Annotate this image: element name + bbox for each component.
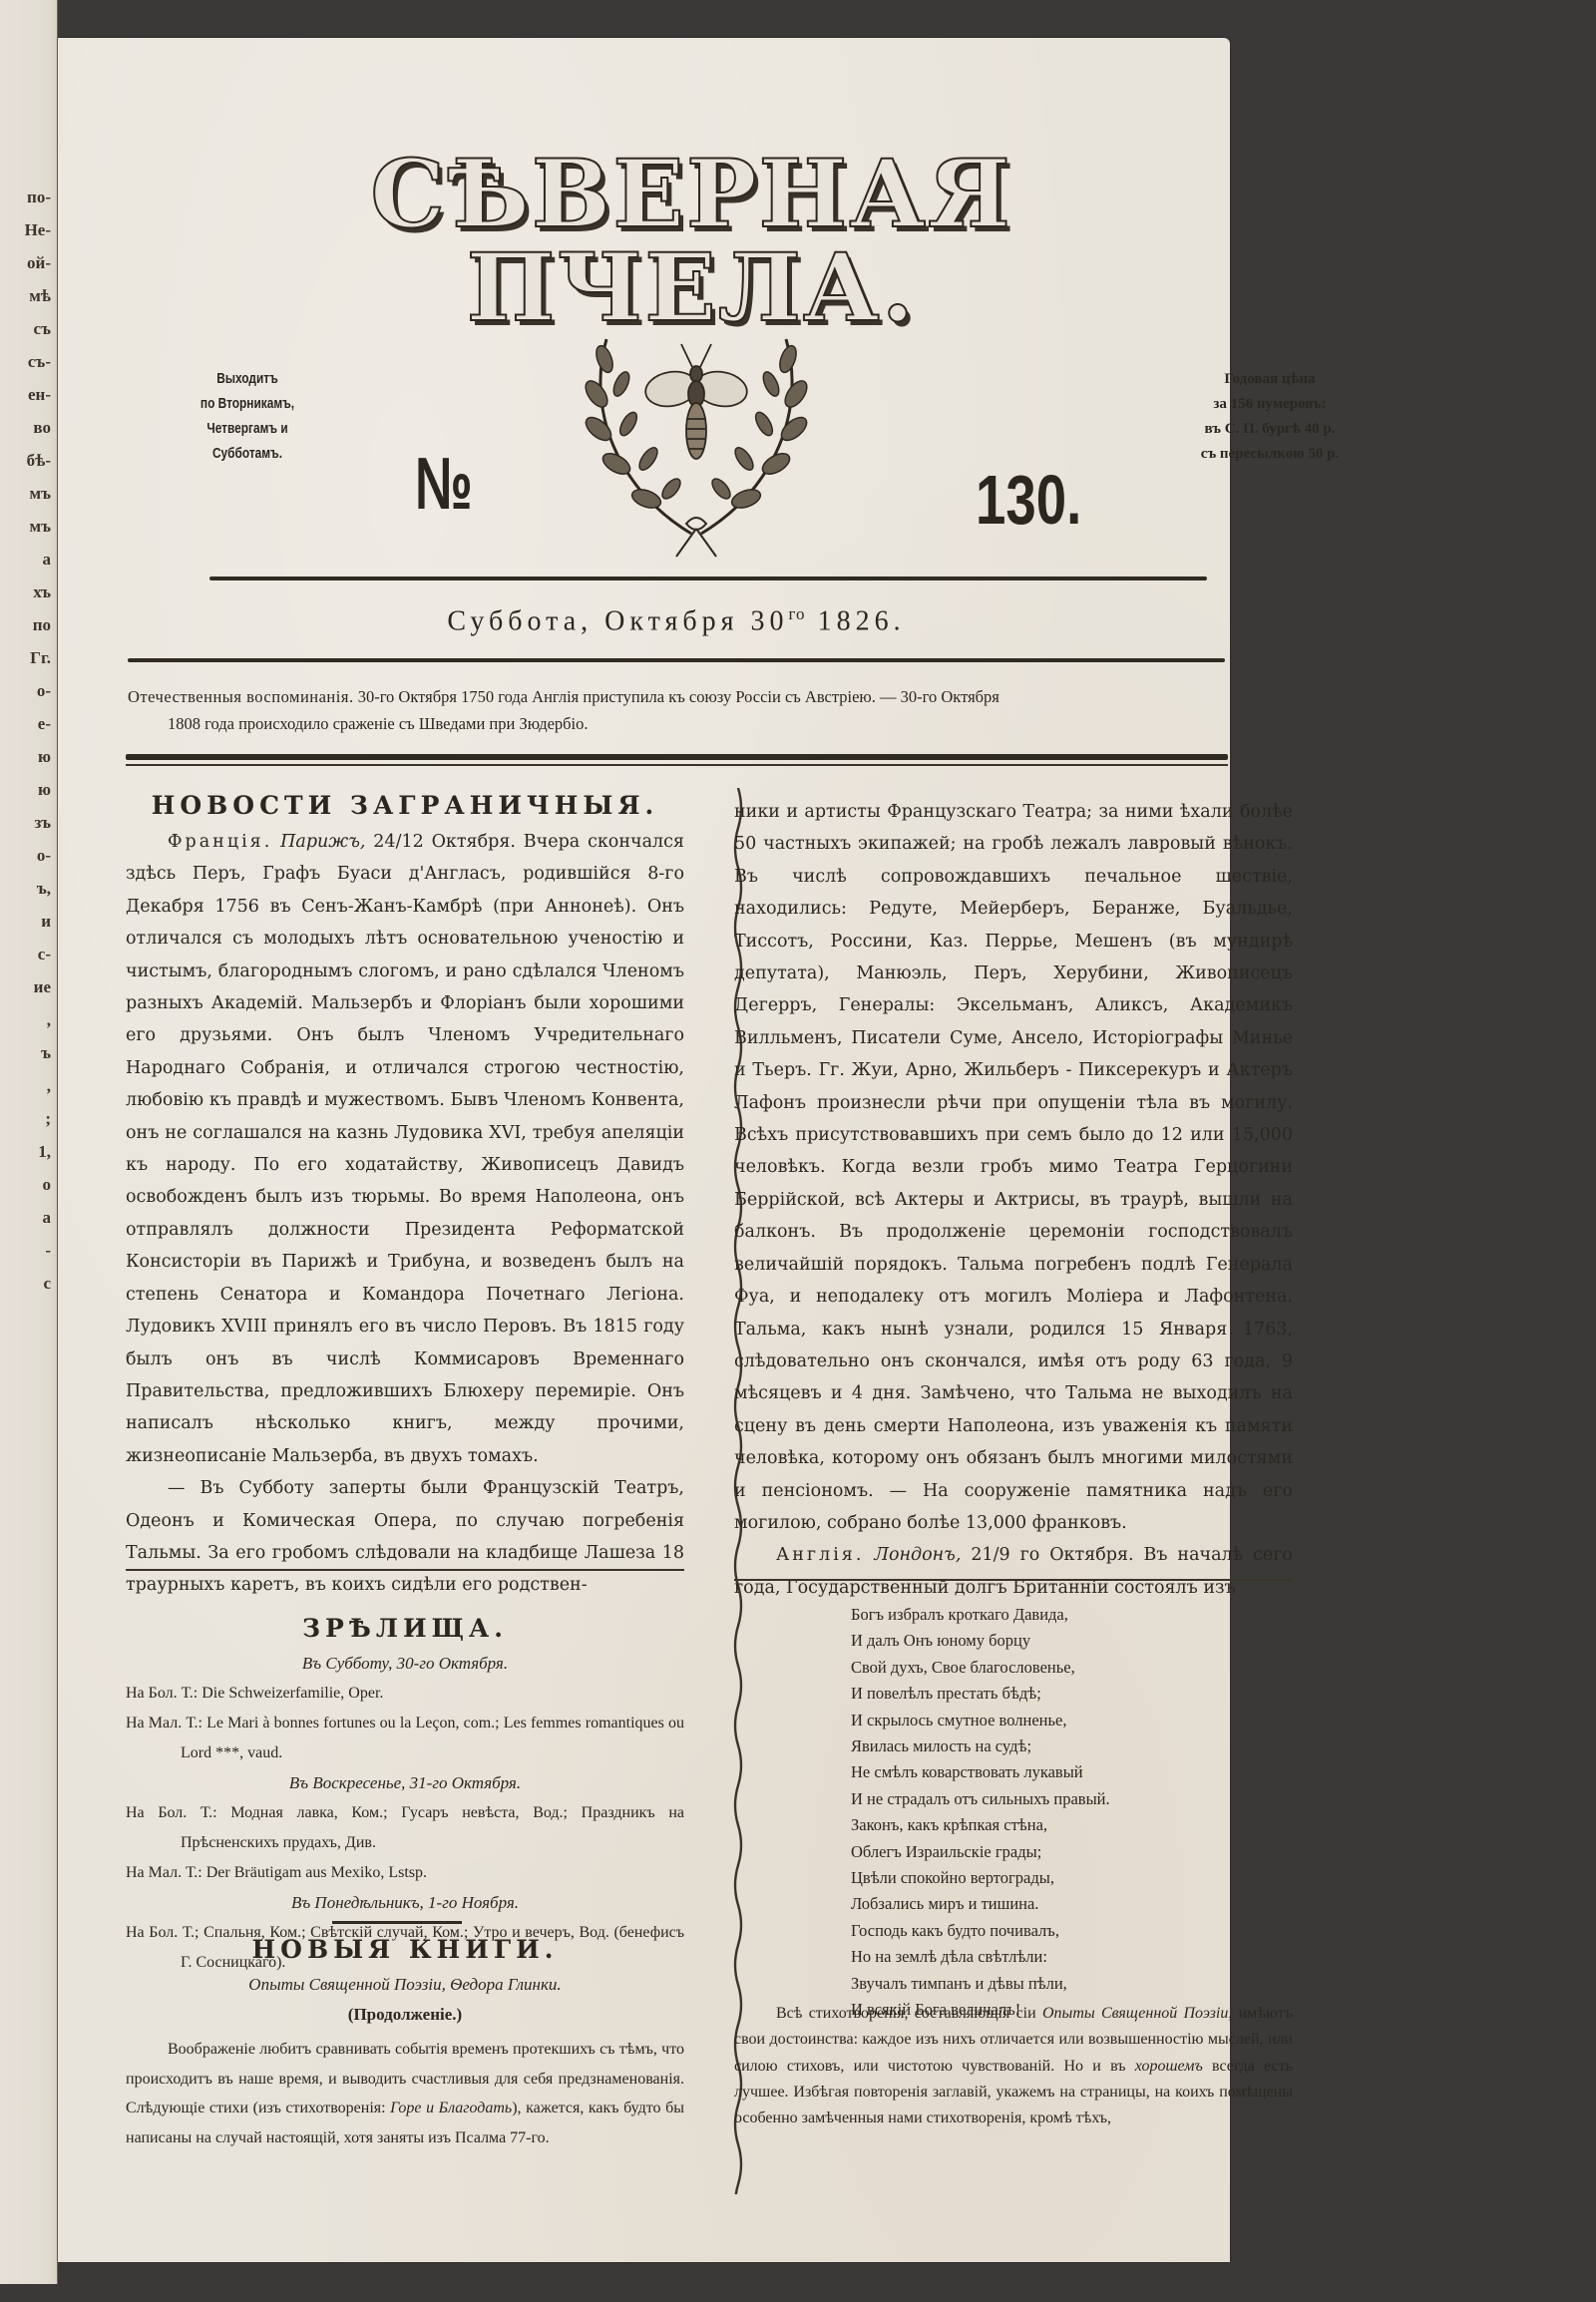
poem-line: Богъ избралъ кроткаго Давида,: [851, 1602, 1110, 1628]
previous-page-fragment: хъ: [33, 582, 51, 602]
poem-title: Горе и Благодать: [390, 2100, 512, 2116]
previous-page-fragment: Не-: [25, 220, 51, 240]
poem-line: Цвѣли спокойно вертограды,: [851, 1865, 1110, 1891]
previous-page-fragment: Гг.: [30, 648, 51, 668]
subscription-price: Годовая цѣна за 156 нумеровъ: въ С. П. б…: [1170, 367, 1370, 467]
previous-page-fragment: зъ: [35, 813, 51, 833]
dateline-rule: [128, 658, 1225, 662]
talma-article: — Въ Субботу заперты были Французскій Те…: [126, 1472, 684, 1602]
previous-page-fragment: по-: [27, 188, 51, 207]
poem-line: Но на землѣ дѣла свѣтлѣли:: [851, 1944, 1110, 1970]
poem-line: Свой духъ, Свое благословенье,: [851, 1655, 1110, 1681]
newspaper-page: СѢВЕРНАЯ ПЧЕЛА. Выходитъ по Вторникамъ, …: [58, 38, 1230, 2262]
previous-page-fragment: по: [33, 615, 51, 635]
dateline-year: 1826.: [818, 605, 906, 636]
theatre-day: Въ Воскресенье, 31-го Октября.: [126, 1768, 684, 1798]
venue: На Мал. Т.:: [126, 1715, 202, 1731]
review-text: Всѣ стихотворенія, составляющія сіи Опыт…: [734, 2001, 1293, 2131]
schedule-line: по Вторникамъ,: [191, 392, 305, 417]
previous-page-fragment: съ: [34, 319, 51, 339]
dateline-day: Суббота,: [447, 605, 593, 636]
dateline: Суббота, Октября 30го 1826.: [178, 604, 1175, 637]
left-column: НОВОСТИ ЗАГРАНИЧНЫЯ. Франція. Парижъ, 24…: [126, 786, 684, 1602]
schedule-line: Субботамъ.: [191, 442, 305, 467]
previous-page-edge: по-Не-ой-мѣсъсъ-ен-вобѣ-мъмъахъпоГг.о-е-…: [0, 0, 58, 2284]
article-text: Вчера скончался здѣсь Перъ, Графъ Буаси …: [126, 832, 684, 1466]
show: Модная лавка, Ком.; Гусаръ невѣста, Вод.…: [181, 1804, 684, 1851]
previous-page-fragment: ю: [38, 780, 51, 800]
show: Le Mari à bonnes fortunes ou la Leçon, c…: [181, 1715, 684, 1761]
issue-number-sign: №: [415, 447, 473, 521]
article-date: 24/12 Октября.: [373, 832, 516, 852]
poem-line: И не страдалъ отъ сильныхъ правый.: [851, 1786, 1110, 1812]
price-line: Годовая цѣна: [1170, 367, 1370, 392]
poem-line: Не смѣлъ коварствовать лукавый: [851, 1759, 1110, 1785]
dateline-day-number: 30: [751, 605, 789, 636]
book-title: Опыты Священной Поэзіи: [1042, 2005, 1228, 2022]
previous-page-fragment: 1,: [38, 1142, 51, 1162]
poem-line: И далъ Онъ юному борцу: [851, 1628, 1110, 1654]
france-article: Франція. Парижъ, 24/12 Октября. Вчера ск…: [126, 826, 684, 1472]
show: Die Schweizerfamilie, Oper.: [201, 1685, 383, 1702]
previous-page-fragment: о: [43, 1175, 52, 1195]
previous-page-fragment: о-: [37, 681, 51, 701]
masthead-rule: [209, 576, 1207, 580]
poem-line: Господь какъ будто почивалъ,: [851, 1918, 1110, 1944]
text: Всѣ стихотворенія, составляющія сіи: [776, 2005, 1042, 2022]
issue-number: 130.: [976, 465, 1081, 535]
previous-page-fragment: мъ: [30, 517, 52, 537]
previous-page-fragment: ,: [47, 1010, 51, 1030]
theatre-heading: ЗРѢЛИЩА.: [126, 1609, 684, 1649]
previous-page-fragment: а: [43, 550, 52, 570]
new-books: НОВЫЯ КНИГИ. Опыты Священной Поэзіи, Ѳед…: [126, 1918, 684, 2152]
dateline-month: Октября: [604, 605, 738, 636]
poem-line: Лобзались миръ и тишина.: [851, 1891, 1110, 1917]
city-label: Парижъ,: [280, 832, 365, 852]
memories-text: 30-го Октября 1750 года Англія приступил…: [358, 687, 999, 706]
article-date: 21/9 го Октября.: [971, 1545, 1133, 1565]
theatre-row: На Мал. Т.: Der Bräutigam aus Mexiko, Ls…: [126, 1858, 684, 1888]
previous-page-fragment: ,: [47, 1076, 51, 1096]
schedule-line: Выходитъ: [191, 367, 305, 392]
emphasis: хорошемъ: [1135, 2058, 1203, 2075]
venue: На Мал. Т.:: [126, 1864, 202, 1881]
venue: На Бол. Т.:: [126, 1685, 198, 1702]
bee-wreath-emblem-icon: [577, 319, 816, 559]
section-rule-double: [126, 754, 1228, 760]
foreign-news-heading: НОВОСТИ ЗАГРАНИЧНЫЯ.: [126, 786, 684, 826]
previous-page-fragment: ен-: [28, 385, 51, 405]
numero-glyph: №: [415, 442, 473, 525]
memories-label: Отечественныя воспоминанія.: [128, 687, 354, 706]
previous-page-fragment: ъ,: [37, 879, 51, 899]
previous-page-fragment: ой-: [27, 253, 51, 273]
previous-page-fragment: с: [43, 1274, 51, 1294]
theatre-row: На Бол. Т.: Die Schweizerfamilie, Oper.: [126, 1679, 684, 1709]
country-label: Англія.: [776, 1545, 864, 1565]
book-title: Опыты Священной Поэзіи, Ѳедора Глинки.: [126, 1970, 684, 2000]
previous-page-fragment: бѣ-: [27, 451, 51, 471]
continued-label: (Продолженіе.): [126, 2000, 684, 2030]
historical-memories: Отечественныя воспоминанія. 30-го Октябр…: [128, 683, 1225, 737]
england-article: Англія. Лондонъ, 21/9 го Октября. Въ нач…: [734, 1539, 1293, 1604]
city-label: Лондонъ,: [874, 1545, 961, 1565]
previous-page-fragment: съ-: [28, 352, 51, 372]
theatre-day: Въ Субботу, 30-го Октября.: [126, 1649, 684, 1679]
poem-line: Законъ, какъ крѣпкая стѣна,: [851, 1812, 1110, 1838]
theatre-row: На Мал. Т.: Le Mari à bonnes fortunes ou…: [126, 1709, 684, 1768]
previous-page-fragment: ю: [38, 747, 51, 767]
poem: Богъ избралъ кроткаго Давида,И далъ Онъ …: [851, 1602, 1110, 2024]
price-line: съ пересылкою 50 р.: [1170, 442, 1370, 467]
masthead-title: СѢВЕРНАЯ ПЧЕЛА.: [193, 148, 1190, 335]
book-review-text: Воображеніе любитъ сравнивать событія вр…: [126, 2035, 684, 2152]
poem-line: И повелѣлъ престать бѣдѣ;: [851, 1681, 1110, 1707]
previous-page-fragment: мѣ: [29, 286, 51, 306]
memories-text: 1808 года происходило сраженіе съ Шведам…: [128, 710, 1225, 737]
dateline-suffix: го: [789, 604, 806, 623]
books-heading: НОВЫЯ КНИГИ.: [126, 1930, 684, 1970]
country-label: Франція.: [168, 832, 272, 852]
previous-page-fragment: ;: [45, 1109, 51, 1129]
price-line: за 156 нумеровъ:: [1170, 392, 1370, 417]
price-line: въ С. П. бургѣ 40 р.: [1170, 417, 1370, 442]
show: Der Bräutigam aus Mexiko, Lstsp.: [206, 1864, 427, 1881]
poem-line: Явилась милость на судѣ;: [851, 1733, 1110, 1759]
previous-page-fragment: и: [41, 912, 51, 932]
right-column: ники и артисты Французскаго Театра; за н…: [734, 796, 1293, 1604]
previous-page-fragment: во: [33, 418, 51, 438]
section-rule-thin: [126, 764, 1228, 766]
previous-page-fragment: с-: [38, 945, 51, 964]
previous-page-fragment: о-: [37, 846, 51, 866]
talma-article-continued: ники и артисты Французскаго Театра; за н…: [734, 796, 1293, 1539]
theatre-day: Въ Понедѣльникъ, 1-го Ноября.: [126, 1888, 684, 1918]
column-rule: [734, 1579, 1293, 1581]
poem-line: И скрылось смутное волненье,: [851, 1708, 1110, 1733]
poem-line: Облегъ Израильскіе грады;: [851, 1839, 1110, 1865]
previous-page-fragment: ъ: [41, 1043, 51, 1063]
poem-line: Звучалъ тимпанъ и дѣвы пѣли,: [851, 1971, 1110, 1997]
publication-schedule: Выходитъ по Вторникамъ, Четвергамъ и Суб…: [191, 367, 305, 467]
theatre-row: На Бол. Т.: Модная лавка, Ком.; Гусаръ н…: [126, 1798, 684, 1858]
previous-page-fragment: -: [45, 1241, 51, 1261]
previous-page-fragment: е-: [38, 714, 51, 734]
venue: На Бол. Т.:: [126, 1804, 217, 1821]
column-rule: [126, 1569, 684, 1571]
previous-page-fragment: а: [43, 1208, 52, 1228]
schedule-line: Четвергамъ и: [191, 417, 305, 442]
previous-page-fragment: мъ: [30, 484, 52, 504]
previous-page-fragment: ие: [34, 977, 51, 997]
